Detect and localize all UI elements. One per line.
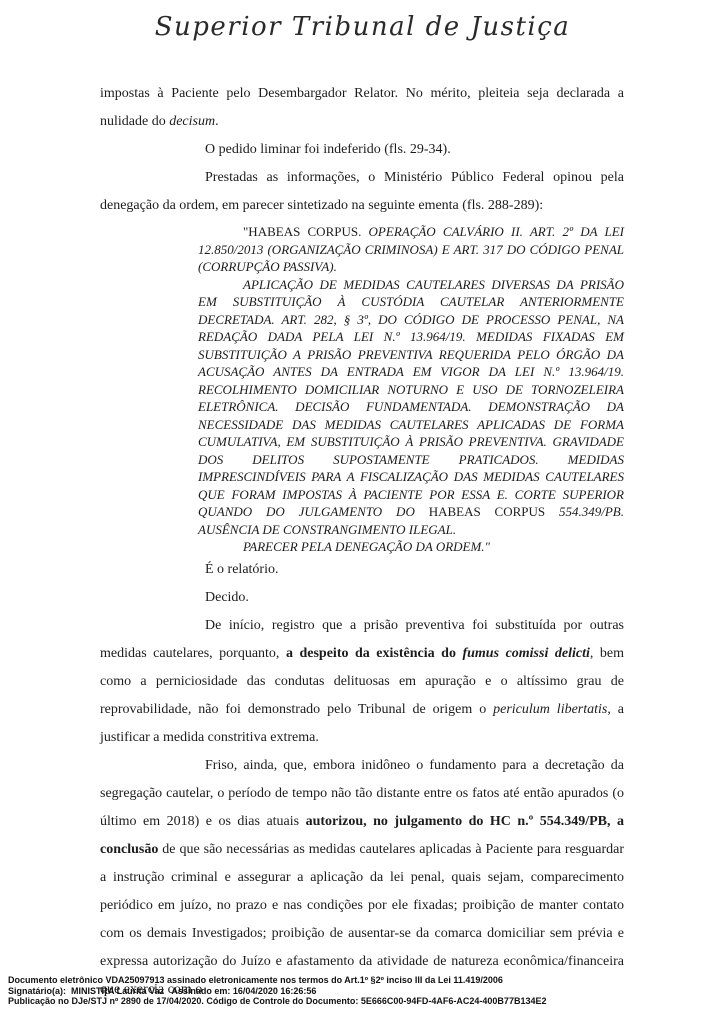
text-run: de que são necessárias as medidas cautel… [100,842,624,997]
text-run: Decido. [205,590,249,605]
text-run: periculum libertatis [493,702,607,717]
text-run: APLICAÇÃO DE MEDIDAS CAUTELARES DIVERSAS… [198,277,624,520]
text-run: decisum [169,114,215,129]
ementa-quote-paragraph: PARECER PELA DENEGAÇÃO DA ORDEM." [198,538,624,556]
document-page: Superior Tribunal de Justiça impostas à … [0,0,725,1024]
ementa-quote-paragraph: APLICAÇÃO DE MEDIDAS CAUTELARES DIVERSAS… [198,276,624,539]
court-header-title: Superior Tribunal de Justiça [0,12,725,42]
text-run: . [215,114,219,129]
text-run: a despeito da existência do [286,646,463,661]
body-paragraph: De início, registro que a prisão prevent… [100,612,624,752]
footer-electronic-signature-line: Documento eletrônico VDA25097913 assinad… [8,975,720,986]
text-run: É o relatório. [205,562,278,577]
document-body: impostas à Paciente pelo Desembargador R… [100,80,624,1004]
body-paragraph: O pedido liminar foi indeferido (fls. 29… [100,136,624,164]
text-run: PARECER PELA DENEGAÇÃO DA ORDEM." [243,539,490,554]
body-paragraph: É o relatório. [100,556,624,584]
ementa-quote-paragraph: "HABEAS CORPUS. OPERAÇÃO CALVÁRIO II. AR… [198,223,624,276]
body-paragraph: Friso, ainda, que, embora inidôneo o fun… [100,752,624,1004]
body-paragraph: Decido. [100,584,624,612]
body-paragraph: Prestadas as informações, o Ministério P… [100,164,624,220]
signature-footer: Documento eletrônico VDA25097913 assinad… [8,975,720,1007]
text-run: Prestadas as informações, o Ministério P… [100,170,624,213]
text-run: fumus comissi delicti [462,646,589,661]
body-paragraph: impostas à Paciente pelo Desembargador R… [100,80,624,136]
footer-signatory-line: Signatário(a): MINISTRA Laurita Vaz Assi… [8,986,720,997]
footer-publication-line: Publicação no DJe/STJ nº 2890 de 17/04/2… [8,996,720,1007]
text-run: "HABEAS CORPUS. [243,224,369,239]
text-run: HABEAS CORPUS [429,504,559,519]
text-run: O pedido liminar foi indeferido (fls. 29… [205,142,451,157]
